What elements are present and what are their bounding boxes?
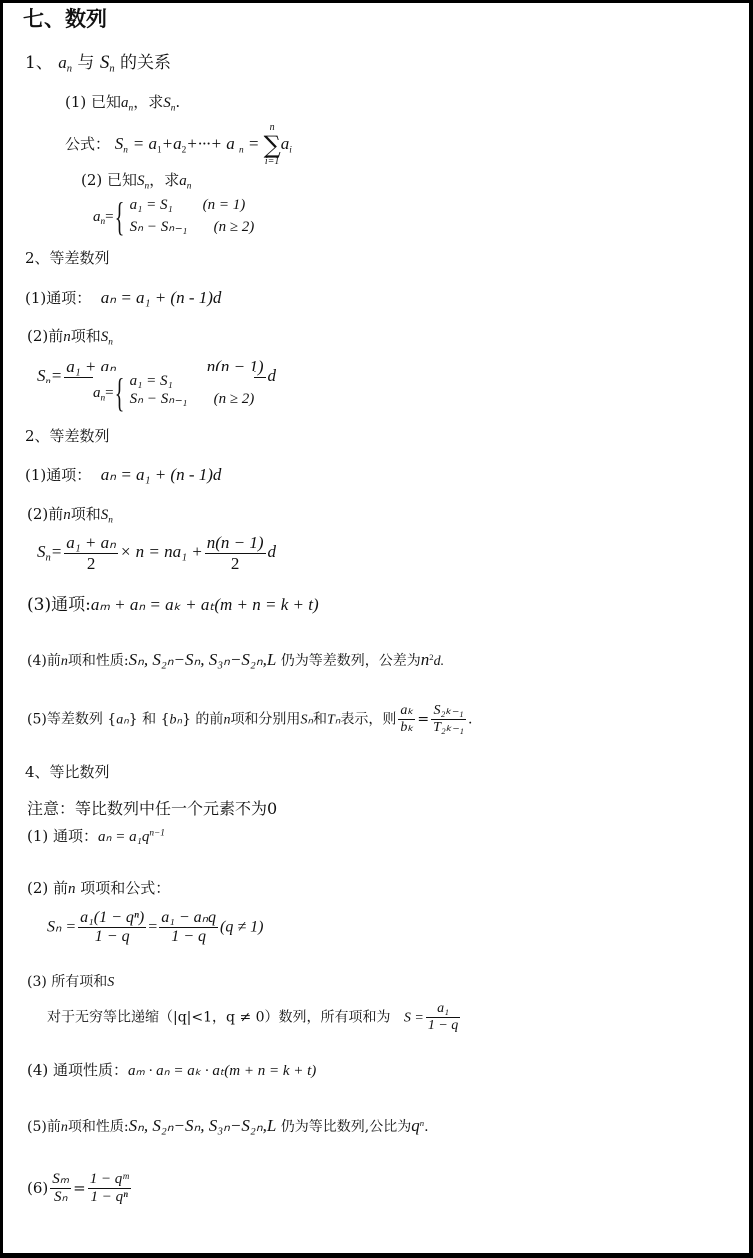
s4-all-terms-label: (3) 所有项和S xyxy=(27,975,114,990)
s4-all-terms-formula: 对于无穷等比递缩（|q|<1，q ≠ 0）数列，所有项和为 S =a₁1 − q xyxy=(47,1001,462,1034)
s2-glitch-sum-label: (2)前n项和Sn xyxy=(27,329,113,345)
s2-property-4: (4)前n项和性质:Sₙ, S₂ₙ−Sₙ, S₃ₙ−S₂ₙ,L 仍为等差数列，公… xyxy=(27,651,444,669)
s2-property-3: (3)通项:aₘ + aₙ = aₖ + aₜ(m + n = k + t) xyxy=(27,596,319,614)
s2-glitch-heading: 2、等差数列 xyxy=(25,251,110,266)
s2-glitch-piecewise-overlay: an={ a₁ = S₁ Sₙ − Sₙ₋₁ (n ≥ 2) xyxy=(93,371,254,413)
s1-piecewise: an={ a₁ = S₁ (n = 1) Sₙ − Sₙ₋₁ (n ≥ 2) xyxy=(93,195,254,239)
s2-sum-formula: Sn=a₁ + aₙ2× n = na₁ +n(n − 1)2d xyxy=(37,533,276,573)
s4-heading: 4、等比数列 xyxy=(25,765,110,780)
summation: n ∑ i=1 xyxy=(264,123,281,167)
s2-property-5: (5)等差数列 {aₙ} 和 {bₙ} 的前n项和分别用Sₙ和Tₙ表示，则aₖb… xyxy=(27,703,472,736)
s1-formula: 公式： Sn = a1+a2+···+ a n = n ∑ i=1 ai xyxy=(65,123,292,167)
s2-heading: 2、等差数列 xyxy=(25,429,110,444)
s4-sum-label: (2) 前n 项项和公式： xyxy=(27,881,170,897)
s2-glitch-general-term: (1)通项： aₙ = a₁ + (n - 1)d xyxy=(25,289,221,306)
s4-sum-formula: Sₙ =a₁(1 − qⁿ)1 − q=a₁ − aₙq1 − q(q ≠ 1) xyxy=(47,909,263,947)
s2-general-term: (1)通项： aₙ = a₁ + (n - 1)d xyxy=(25,466,221,483)
s4-note: 注意：等比数列中任一个元素不为0 xyxy=(27,801,277,817)
s4-property-5: (5)前n项和性质:Sₙ, S₂ₙ−Sₙ, S₃ₙ−S₂ₙ,L 仍为等比数列,公… xyxy=(27,1117,429,1135)
s4-property-4: (4) 通项性质：aₘ · aₙ = aₖ · aₜ(m + n = k + t… xyxy=(27,1063,316,1079)
s4-general-term: (1) 通项：aₙ = a₁qn−1 xyxy=(27,829,165,845)
s1-known-sn: (2) 已知Sn，求an xyxy=(81,173,191,189)
s1-known-an: (1) 已知an，求Sn. xyxy=(65,95,180,111)
s1-heading: 1、 an 与 Sn 的关系 xyxy=(25,53,171,72)
s2-sum-label: (2)前n项和Sn xyxy=(27,507,113,523)
s4-property-6: (6)SₘSₙ=1 − qᵐ1 − qⁿ xyxy=(27,1171,133,1207)
document-page: 七、数列 1、 an 与 Sn 的关系 (1) 已知an，求Sn. 公式： Sn… xyxy=(3,3,749,1253)
section-title: 七、数列 xyxy=(23,9,107,30)
